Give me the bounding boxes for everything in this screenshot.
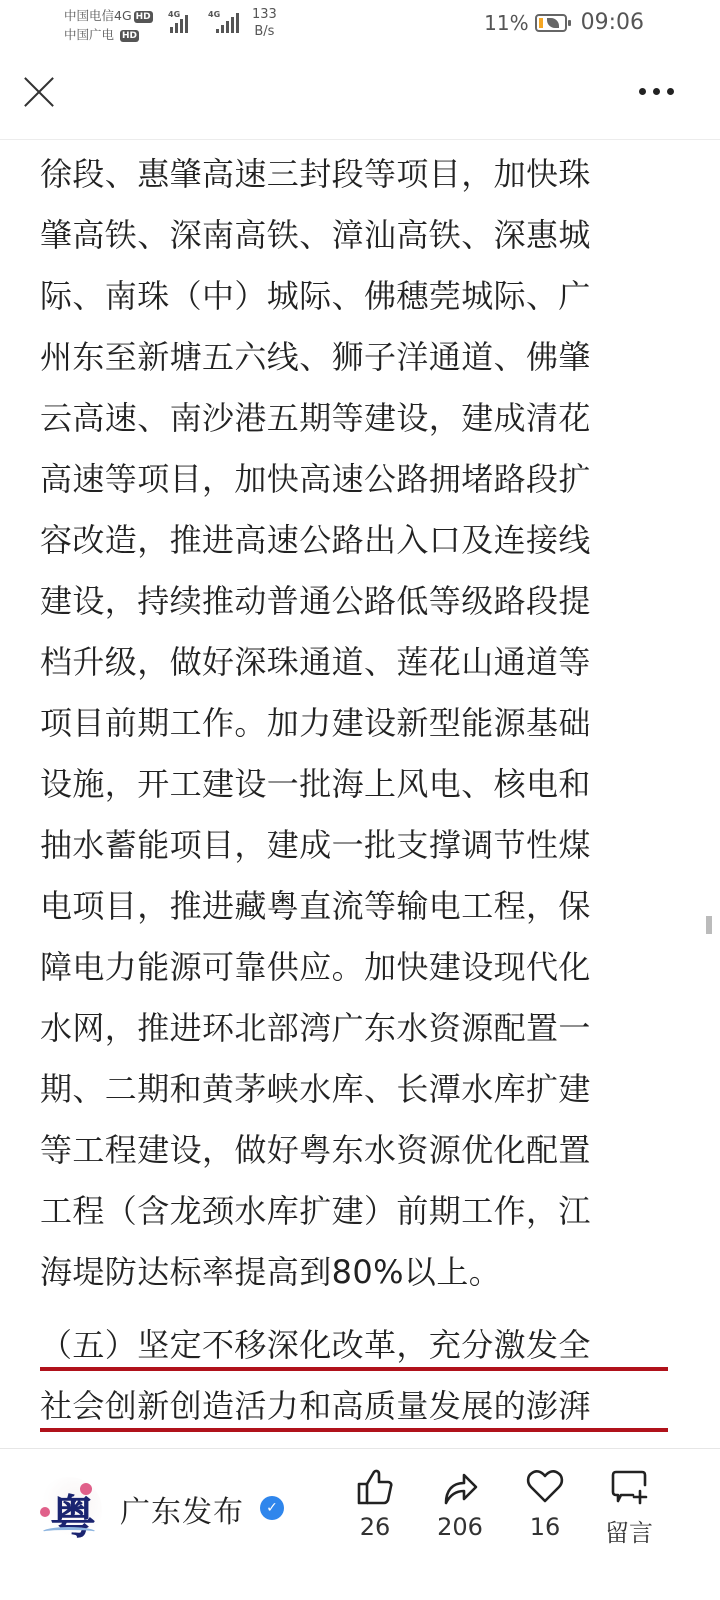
hd-badge: HD [120,30,139,42]
text-line: 高速等项目，加快高速公路拥堵路段扩 [40,445,680,506]
share-button[interactable]: 206 [425,1467,495,1541]
thumbs-up-icon [355,1467,395,1507]
like-count: 26 [340,1513,410,1541]
comment-add-icon [609,1467,649,1507]
avatar[interactable]: 粤 [36,1477,102,1543]
text-line: 徐段、惠肇高速三封段等项目，加快珠 [40,140,680,201]
bottom-action-bar: 粤 广东发布 ✓ 26 206 16 留言 [0,1448,720,1600]
network-speed: 133 B/s [252,6,277,40]
text-line: 海堤防达标率提高到80%以上。 [40,1238,680,1299]
carrier-1: 中国电信4G [64,8,132,23]
heading-line: 社会创新创造活力和高质量发展的澎湃 [40,1371,668,1432]
comment-button[interactable]: 留言 [594,1467,664,1548]
text-line: 肇高铁、深南高铁、漳汕高铁、深惠城 [40,201,680,262]
text-line: 云高速、南沙港五期等建设，建成清花 [40,384,680,445]
battery-saver-icon [535,14,567,32]
heading-line: （五）坚定不移深化改革，充分激发全 [40,1310,668,1371]
status-right: 11% 09:06 [484,10,644,35]
article-body[interactable]: 徐段、惠肇高速三封段等项目，加快珠 肇高铁、深南高铁、漳汕高铁、深惠城 际、南珠… [0,140,720,1448]
clock: 09:06 [581,10,644,35]
text-line: 水网，推进环北部湾广东水资源配置一 [40,994,680,1055]
text-line: 抽水蓄能项目，建成一批支撑调节性煤 [40,811,680,872]
article-paragraph: 徐段、惠肇高速三封段等项目，加快珠 肇高铁、深南高铁、漳汕高铁、深惠城 际、南珠… [40,140,680,1299]
text-line: 容改造，推进高速公路出入口及连接线 [40,506,680,567]
hd-badge: HD [134,11,153,23]
scrollbar-thumb[interactable] [706,916,712,934]
text-line: 设施，开工建设一批海上风电、核电和 [40,750,680,811]
share-icon [440,1467,480,1507]
text-line: 电项目，推进藏粤直流等输电工程，保 [40,872,680,933]
favorite-count: 16 [510,1513,580,1541]
comment-label: 留言 [594,1513,664,1548]
text-line: 期、二期和黄茅峡水库、长潭水库扩建 [40,1055,680,1116]
text-line: 际、南珠（中）城际、佛穗莞城际、广 [40,262,680,323]
signal-1-icon: 4G [168,11,188,33]
heart-icon [525,1467,565,1507]
text-line: 工程（含龙颈水库扩建）前期工作，江 [40,1177,680,1238]
top-nav-bar [0,50,720,140]
signal-2-icon: 4G [208,11,239,33]
account-name[interactable]: 广东发布 [120,1487,244,1531]
close-icon[interactable] [22,75,56,109]
carrier-info: 中国电信4GHD 中国广电 HD [64,6,153,44]
like-button[interactable]: 26 [340,1467,410,1541]
carrier-2: 中国广电 [64,27,114,42]
verified-badge-icon: ✓ [260,1496,284,1520]
text-line: 障电力能源可靠供应。加快建设现代化 [40,933,680,994]
text-line: 建设，持续推动普通公路低等级路段提 [40,567,680,628]
share-count: 206 [425,1513,495,1541]
more-icon[interactable] [639,88,674,95]
text-line: 等工程建设，做好粤东水资源优化配置 [40,1116,680,1177]
text-line: 州东至新塘五六线、狮子洋通道、佛肇 [40,323,680,384]
section-heading: （五）坚定不移深化改革，充分激发全 社会创新创造活力和高质量发展的澎湃 [40,1310,668,1432]
favorite-button[interactable]: 16 [510,1467,580,1541]
battery-percent: 11% [484,11,528,35]
text-line: 项目前期工作。加力建设新型能源基础 [40,689,680,750]
text-line: 档升级，做好深珠通道、莲花山通道等 [40,628,680,689]
status-bar: 中国电信4GHD 中国广电 HD 4G 4G 133 B/s 11% 09:06 [0,0,720,50]
